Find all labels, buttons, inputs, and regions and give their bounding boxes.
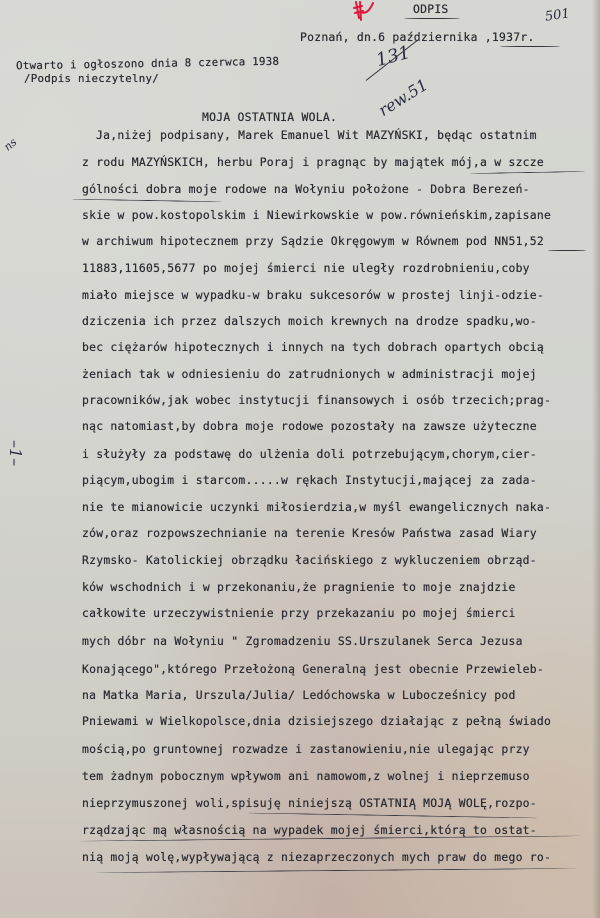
body-line: w archiwum hipotecznem przy Sądzie Okręg…: [82, 234, 544, 248]
margin-page-marker: –1–: [6, 440, 25, 466]
red-check-mark-icon: [352, 0, 376, 22]
body-line: i służyły za podstawę do ulżenia doli po…: [82, 447, 537, 461]
body-line: żeniach tak w odniesieniu do zatrudniony…: [82, 367, 537, 381]
body-line: na Matka Maria, Urszula/Julia/ Ledóchows…: [82, 688, 516, 702]
body-line: miało miejsce w wypadku-w braku sukcesor…: [82, 288, 544, 302]
body-line: skie w pow.kostopolskim i Niewirkowskie …: [82, 208, 551, 222]
body-line: pracowników,jak wobec instytucji finanso…: [82, 393, 551, 407]
body-line: nią moją wolę,wypływającą z niezaprzeczo…: [82, 850, 551, 864]
date-underline: [500, 46, 560, 47]
body-line: zów,oraz rozpowszechnianie na terenie Kr…: [82, 526, 537, 540]
body-line: 11883,11605,5677 po mojej śmierci nie ul…: [82, 261, 530, 275]
body-line: Ja,niżej podpisany, Marek Emanuel Wit MA…: [96, 128, 537, 142]
underline-nn51: [548, 250, 586, 251]
body-line: bec ciężarów hipotecznych i innych na ty…: [82, 340, 544, 354]
body-line: mością,po gruntownej rozwadze i zastanow…: [82, 742, 530, 756]
body-line: nie te mianowicie uczynki miłosierdzia,w…: [82, 500, 551, 514]
copy-label: ODPIS: [413, 2, 449, 16]
body-line: całkowite urzeczywistnienie przy przekaz…: [82, 606, 516, 620]
body-line: gólności dobra moje rodowe na Wołyniu po…: [82, 182, 530, 196]
body-line: Pniewami w Wielkopolsce,dnia dzisiejszeg…: [82, 714, 551, 728]
body-line: z rodu MAZYŃSKICH, herbu Poraj i pragnąc…: [82, 155, 544, 169]
body-line: nieprzymuszonej woli,spisuję niniejszą O…: [82, 796, 537, 810]
page-edge: [592, 0, 600, 918]
body-line: rządzając mą własnością na wypadek mojej…: [82, 823, 537, 837]
copy-label-underline: [404, 18, 460, 19]
document-title: MOJA OSTATNIA WOLA.: [202, 110, 337, 124]
place-and-date: Poznań, dn.6 października ,1937r.: [300, 30, 535, 44]
opened-note-line2: /Podpis nieczytelny/: [24, 72, 159, 85]
body-line: tem żadnym pobocznym wpływom ani namowom…: [82, 769, 530, 783]
body-line: nąc natomiast,by dobra moje rodowe pozos…: [82, 419, 537, 433]
body-line: piącym,ubogim i starcom.....w rękach Ins…: [82, 473, 537, 487]
body-line: ków wschodnich i w przekonaniu,że pragni…: [82, 580, 516, 594]
body-line: Rzymsko- Katolickiej obrządku łacińskieg…: [82, 553, 537, 567]
body-line: mych dóbr na Wołyniu " Zgromadzeniu SS.U…: [82, 634, 523, 648]
body-line: Konającego",którego Przełożoną Generalną…: [82, 662, 544, 676]
body-line: dziczenia ich przez dalszych moich krewn…: [82, 314, 537, 328]
